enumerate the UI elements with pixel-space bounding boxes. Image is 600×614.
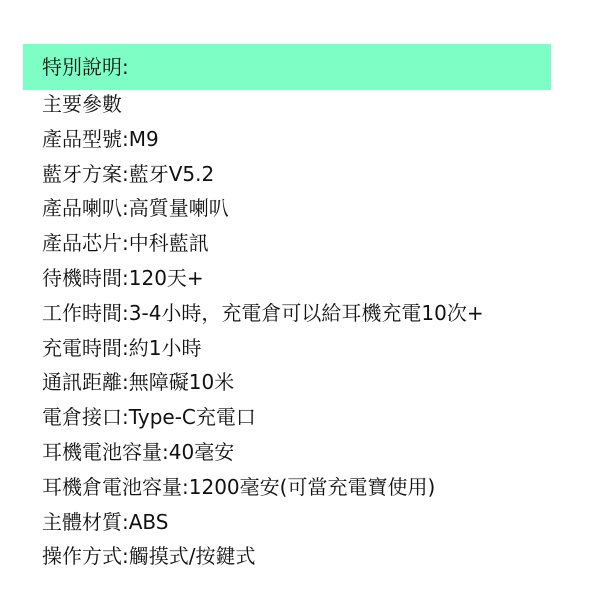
- spec-list: 主要參數 產品型號:M9 藍牙方案:藍牙V5.2 產品喇叭:高質量喇叭 產品芯片…: [42, 90, 484, 577]
- spec-value: 120天+: [129, 266, 204, 290]
- spec-separator: :: [122, 510, 129, 534]
- spec-row-work-time: 工作時間:3-4小時，充電倉可以給耳機充電10次+: [42, 299, 484, 334]
- spec-label: 產品型號: [42, 127, 122, 151]
- spec-row-earbud-battery: 耳機電池容量:40毫安: [42, 438, 484, 473]
- spec-value: 無障礙10米: [129, 370, 234, 394]
- spec-label: 主體材質: [42, 510, 122, 534]
- spec-value: M9: [129, 127, 159, 151]
- spec-label: 電倉接口: [42, 405, 122, 429]
- banner-title: 特別說明:: [42, 55, 129, 79]
- spec-label: 產品芯片: [42, 231, 122, 255]
- spec-value: 約1小時: [129, 336, 202, 360]
- spec-separator: :: [122, 231, 129, 255]
- spec-separator: :: [122, 301, 129, 325]
- spec-separator: :: [122, 544, 129, 568]
- spec-value: 40毫安: [169, 440, 234, 464]
- spec-label: 工作時間: [42, 301, 122, 325]
- spec-label: 待機時間: [42, 266, 122, 290]
- spec-label: 產品喇叭: [42, 196, 122, 220]
- spec-separator: :: [182, 475, 189, 499]
- spec-value: ABS: [129, 510, 169, 534]
- special-notes-banner: 特別說明:: [23, 44, 551, 90]
- spec-row-case-battery: 耳機倉電池容量:1200毫安(可當充電寶使用): [42, 473, 484, 508]
- spec-row-standby: 待機時間:120天+: [42, 264, 484, 299]
- spec-separator: :: [122, 266, 129, 290]
- spec-value: 觸摸式/按鍵式: [129, 544, 256, 568]
- spec-row-chip: 產品芯片:中科藍訊: [42, 229, 484, 264]
- spec-label: 耳機電池容量: [42, 440, 162, 464]
- spec-value: 高質量喇叭: [129, 196, 229, 220]
- spec-label: 藍牙方案: [42, 162, 122, 186]
- spec-separator: :: [122, 162, 129, 186]
- spec-separator: :: [122, 336, 129, 360]
- spec-row-model: 產品型號:M9: [42, 125, 484, 160]
- spec-value: 1200毫安(可當充電寶使用): [189, 475, 436, 499]
- spec-row-speaker: 產品喇叭:高質量喇叭: [42, 194, 484, 229]
- spec-value: 3-4小時，充電倉可以給耳機充電10次+: [129, 301, 484, 325]
- spec-label: 通訊距離: [42, 370, 122, 394]
- spec-label: 操作方式: [42, 544, 122, 568]
- spec-row-operation: 操作方式:觸摸式/按鍵式: [42, 542, 484, 577]
- spec-value: Type-C充電口: [129, 405, 256, 429]
- spec-label: 充電時間: [42, 336, 122, 360]
- spec-value: 中科藍訊: [129, 231, 209, 255]
- spec-separator: :: [122, 196, 129, 220]
- spec-row-port: 電倉接口:Type-C充電口: [42, 403, 484, 438]
- spec-row-bluetooth: 藍牙方案:藍牙V5.2: [42, 160, 484, 195]
- spec-value: 藍牙V5.2: [129, 162, 215, 186]
- spec-row-charge-time: 充電時間:約1小時: [42, 334, 484, 369]
- spec-row-range: 通訊距離:無障礙10米: [42, 368, 484, 403]
- spec-separator: :: [122, 370, 129, 394]
- spec-separator: :: [122, 127, 129, 151]
- spec-row-material: 主體材質:ABS: [42, 508, 484, 543]
- spec-label: 耳機倉電池容量: [42, 475, 182, 499]
- spec-separator: :: [162, 440, 169, 464]
- spec-heading: 主要參數: [42, 90, 484, 125]
- spec-separator: :: [122, 405, 129, 429]
